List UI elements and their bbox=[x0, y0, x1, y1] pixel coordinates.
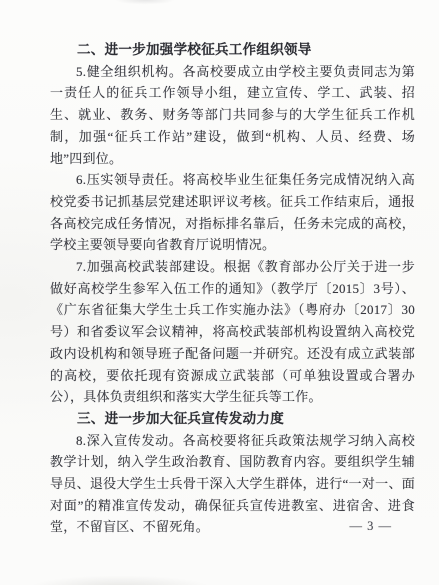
section-heading-organization-leadership: 二、进一步加强学校征兵工作组织领导 bbox=[50, 39, 415, 61]
paragraph-7-armed-forces-department: 7.加强高校武装部建设。根据《教育部办公厅关于进一步做好高校学生参军入伍工作的通… bbox=[50, 256, 415, 408]
page-number: — 3 — bbox=[350, 519, 393, 534]
document-body: 二、进一步加强学校征兵工作组织领导 5.健全组织机构。各高校要成立由学校主要负责… bbox=[50, 39, 415, 538]
section-heading-propaganda-mobilization: 三、进一步加大征兵宣传发动力度 bbox=[50, 408, 415, 430]
scanned-document-page: 二、进一步加强学校征兵工作组织领导 5.健全组织机构。各高校要成立由学校主要负责… bbox=[0, 0, 439, 585]
paragraph-5-organization: 5.健全组织机构。各高校要成立由学校主要负责同志为第一责任人的征兵工作领导小组，… bbox=[50, 61, 415, 170]
paragraph-6-leadership-responsibility: 6.压实领导责任。将高校毕业生征集任务完成情况纳入高校党委书记抓基层党建述职评议… bbox=[50, 169, 415, 256]
